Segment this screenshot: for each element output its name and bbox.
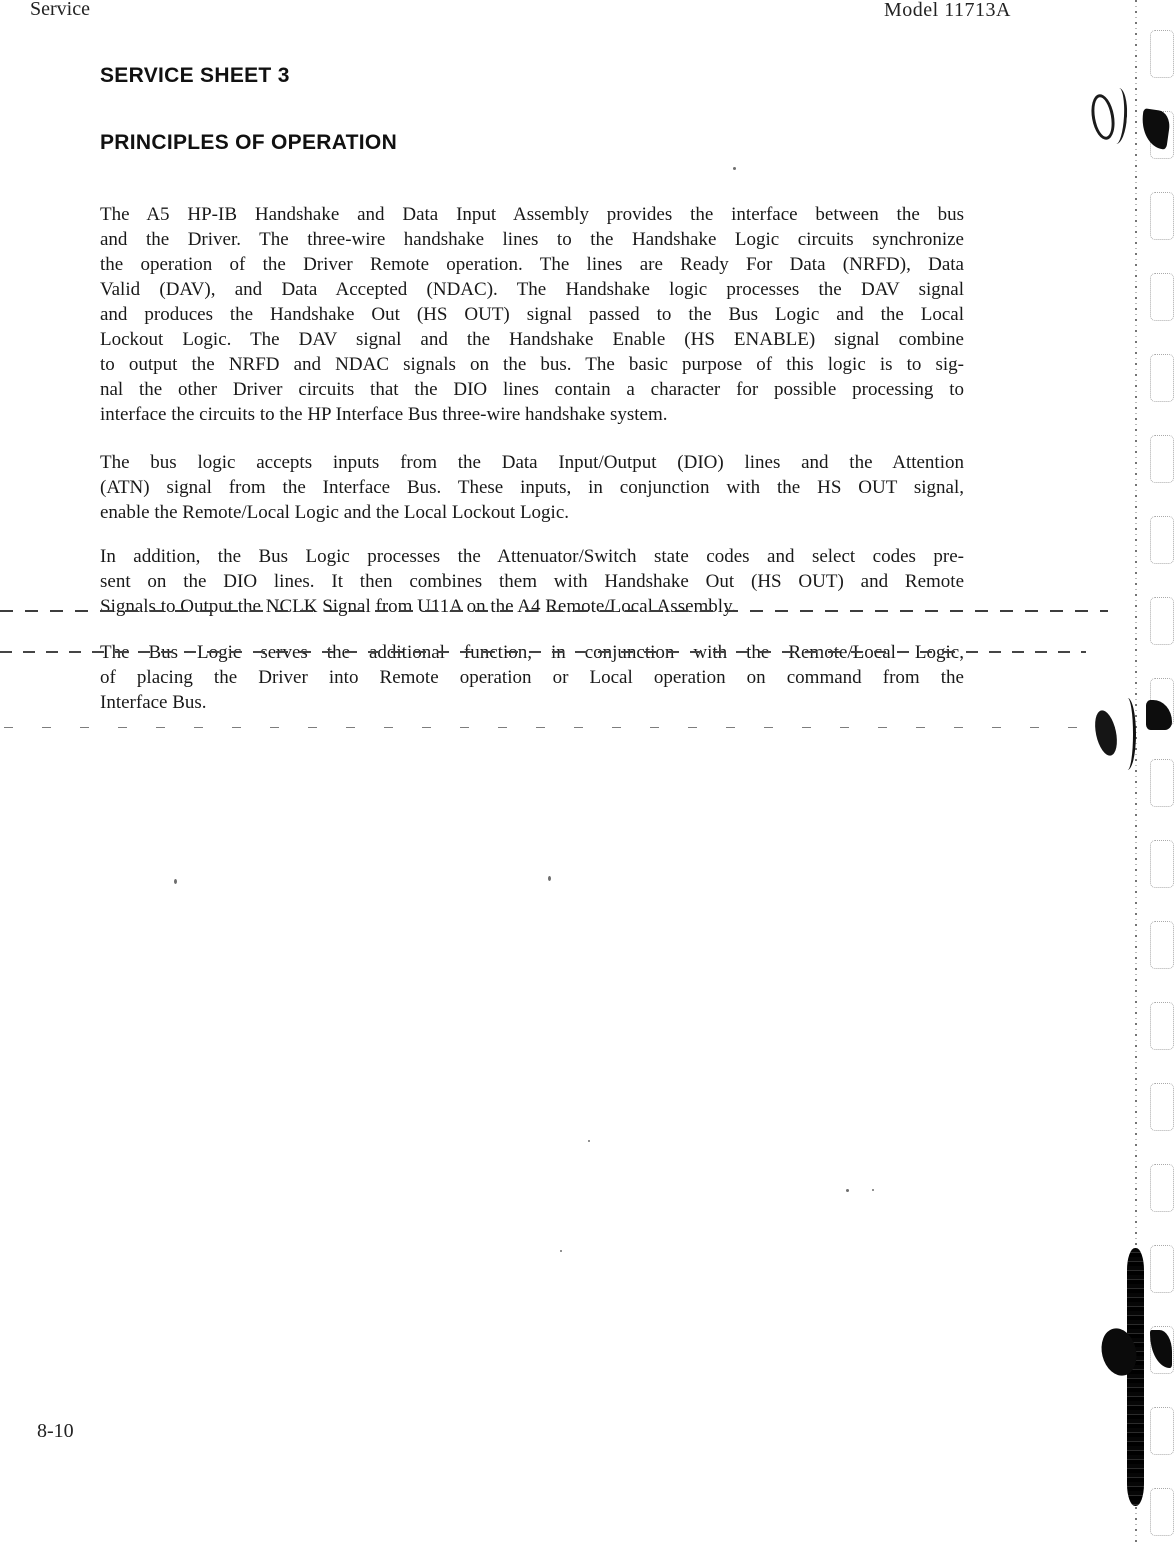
- binder-ring-blob-middle: [1146, 700, 1172, 730]
- binder-perforation-mark: [1150, 1002, 1174, 1050]
- binder-perforation-mark: [1150, 1407, 1174, 1455]
- binder-ring-artifact-top: [1088, 92, 1118, 141]
- binder-perforation-mark: [1150, 1164, 1174, 1212]
- paragraph: The Bus Logic serves the additional func…: [100, 640, 964, 715]
- running-header-right: Model 11713A: [884, 0, 1011, 22]
- text-line: The bus logic accepts inputs from the Da…: [100, 450, 964, 475]
- text-line: interface the circuits to the HP Interfa…: [100, 402, 964, 427]
- text-line: to output the NRFD and NDAC signals on t…: [100, 352, 964, 377]
- binder-ring-artifact-middle: [1091, 708, 1120, 757]
- text-line: Signals to Output the NCLK Signal from U…: [100, 594, 964, 619]
- binder-perforation-mark: [1150, 1488, 1174, 1536]
- binder-perforation-mark: [1150, 1083, 1174, 1131]
- scan-speck: [548, 876, 551, 881]
- text-line: Interface Bus.: [100, 690, 964, 715]
- scan-speck: [733, 167, 736, 170]
- scan-speck: [846, 1189, 849, 1192]
- paragraph: In addition, the Bus Logic processes the…: [100, 544, 964, 619]
- text-line: nal the other Driver circuits that the D…: [100, 377, 964, 402]
- binder-perforation-mark: [1150, 435, 1174, 483]
- scan-speck: [872, 1189, 874, 1191]
- text-line: In addition, the Bus Logic processes the…: [100, 544, 964, 569]
- text-line: Valid (DAV), and Data Accepted (NDAC). T…: [100, 277, 964, 302]
- binder-perforation-mark: [1150, 1245, 1174, 1293]
- text-line: enable the Remote/Local Logic and the Lo…: [100, 500, 964, 525]
- binder-ring-blob-top: [1138, 108, 1171, 150]
- scanned-manual-page: Service Model 11713A SERVICE SHEET 3 PRI…: [0, 0, 1176, 1544]
- text-line: and produces the Handshake Out (HS OUT) …: [100, 302, 964, 327]
- binder-perforation-mark: [1150, 597, 1174, 645]
- scan-dashed-line-artifact: [4, 727, 1140, 728]
- text-line: The A5 HP-IB Handshake and Data Input As…: [100, 202, 964, 227]
- binder-ring-arc-middle: [1119, 698, 1136, 770]
- binder-ring-blob-bottom: [1150, 1330, 1172, 1368]
- text-line: of placing the Driver into Remote operat…: [100, 665, 964, 690]
- binder-perforation-mark: [1150, 840, 1174, 888]
- binder-perforation-mark: [1150, 30, 1174, 78]
- binder-perforation-mark: [1150, 111, 1174, 159]
- subsection-heading: PRINCIPLES OF OPERATION: [100, 131, 397, 155]
- running-header-left: Service: [30, 0, 90, 21]
- text-line: (ATN) signal from the Interface Bus. The…: [100, 475, 964, 500]
- binder-perforation-mark: [1150, 192, 1174, 240]
- binder-ring-artifact-bottom: [1097, 1325, 1142, 1380]
- binder-ring-arc-top: [1107, 88, 1129, 145]
- binder-perforation-mark: [1150, 516, 1174, 564]
- scan-speck: [174, 879, 177, 884]
- paragraph: The A5 HP-IB Handshake and Data Input As…: [100, 202, 964, 427]
- binder-perforation-mark: [1150, 273, 1174, 321]
- scan-toner-streak: [1127, 1248, 1144, 1506]
- scan-streak-line: [1135, 0, 1137, 1544]
- page-number: 8-10: [37, 1420, 74, 1443]
- binder-perforation-mark: [1150, 921, 1174, 969]
- text-line: Lockout Logic. The DAV signal and the Ha…: [100, 327, 964, 352]
- binder-perforation-mark: [1150, 678, 1174, 726]
- binder-perforation-mark: [1150, 759, 1174, 807]
- text-line: The Bus Logic serves the additional func…: [100, 640, 964, 665]
- document-body: The A5 HP-IB Handshake and Data Input As…: [100, 202, 964, 715]
- text-line: sent on the DIO lines. It then combines …: [100, 569, 964, 594]
- binder-perforation-mark: [1150, 1326, 1174, 1374]
- text-line: the operation of the Driver Remote opera…: [100, 252, 964, 277]
- text-line: and the Driver. The three-wire handshake…: [100, 227, 964, 252]
- section-heading: SERVICE SHEET 3: [100, 64, 290, 88]
- scan-speck: [560, 1250, 562, 1252]
- scan-speck: [588, 1140, 590, 1142]
- paragraph: The bus logic accepts inputs from the Da…: [100, 450, 964, 525]
- binder-perforation-mark: [1150, 354, 1174, 402]
